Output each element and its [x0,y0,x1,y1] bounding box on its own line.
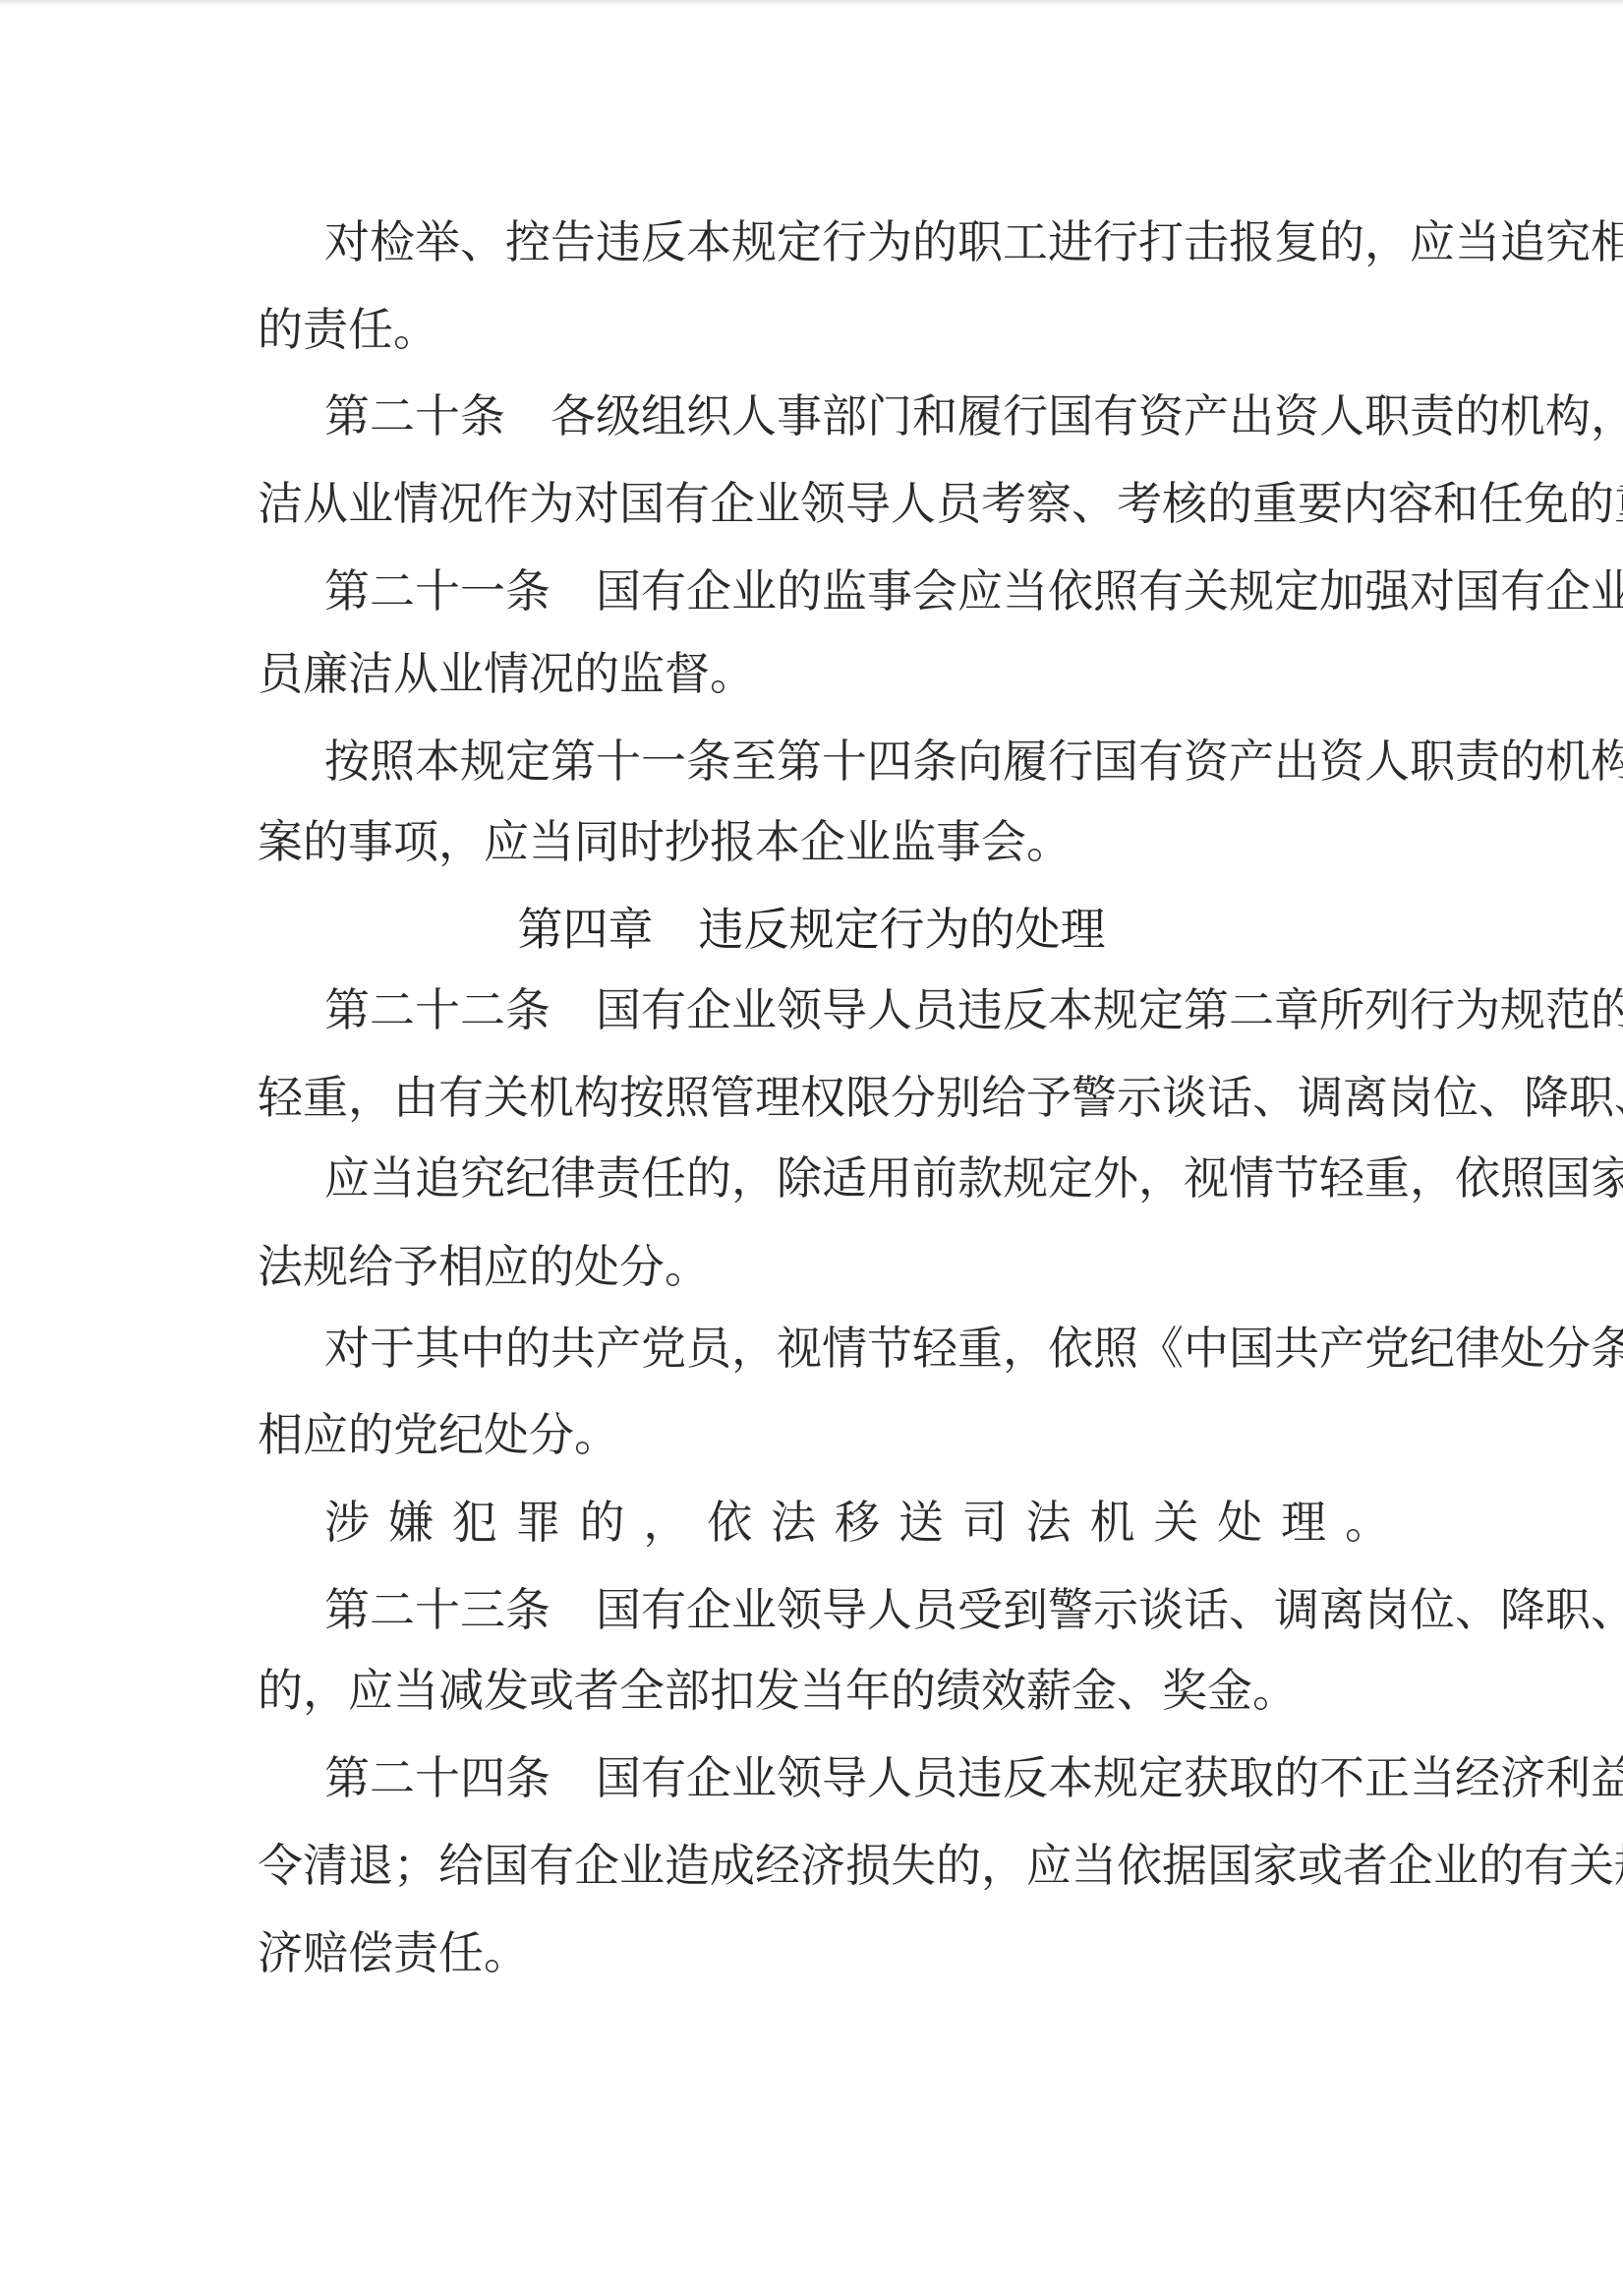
paragraph-line: 洁从业情况作为对国有企业领导人员考察、考核的重要内容和任免的重要依据。 [258,474,1390,533]
article-20-line: 第二十条 各级组织人事部门和履行国有资产出资人职责的机构，应当将廉 [324,386,1390,445]
paragraph-line: 员廉洁从业情况的监督。 [258,644,1390,703]
paragraph-line: 令清退；给国有企业造成经济损失的，应当依据国家或者企业的有关规定承担经 [258,1836,1390,1895]
article-23-line: 第二十三条 国有企业领导人员受到警示谈话、调离岗位、降职、免职处理 [324,1580,1390,1639]
paragraph-line: 应当追究纪律责任的，除适用前款规定外，视情节轻重，依照国家有关法律 [324,1148,1390,1207]
paragraph-line: 相应的党纪处分。 [258,1405,1390,1464]
paragraph-line: 轻重，由有关机构按照管理权限分别给予警示谈话、调离岗位、降职、免职处理。 [258,1068,1390,1127]
paragraph-line: 案的事项，应当同时抄报本企业监事会。 [258,812,1390,871]
paragraph-line: 的，应当减发或者全部扣发当年的绩效薪金、奖金。 [258,1661,1390,1720]
paragraph-line: 的责任。 [258,300,1390,359]
chapter-heading: 第四章 违反规定行为的处理 [0,898,1623,961]
paragraph-line: 按照本规定第十一条至第十四条向履行国有资产出资人职责的机构报告、备 [324,732,1390,791]
article-21-line: 第二十一条 国有企业的监事会应当依照有关规定加强对国有企业领导人 [324,561,1390,620]
paragraph-line: 对于其中的共产党员，视情节轻重，依照《中国共产党纪律处分条例》给予 [324,1319,1390,1378]
paragraph-line: 对检举、控告违反本规定行为的职工进行打击报复的，应当追究相关责任人 [324,212,1390,271]
article-24-line: 第二十四条 国有企业领导人员违反本规定获取的不正当经济利益，应当责 [324,1748,1390,1807]
article-22-line: 第二十二条 国有企业领导人员违反本规定第二章所列行为规范的，视情节 [324,980,1390,1039]
paragraph-line: 法规给予相应的处分。 [258,1237,1390,1296]
document-page: 对检举、控告违反本规定行为的职工进行打击报复的，应当追究相关责任人 的责任。 第… [0,0,1623,2296]
paragraph-line: 济赔偿责任。 [258,1923,1390,1982]
scan-edge [0,0,1623,6]
paragraph-line: 涉嫌犯罪的，依法移送司法机关处理。 [324,1493,1390,1552]
